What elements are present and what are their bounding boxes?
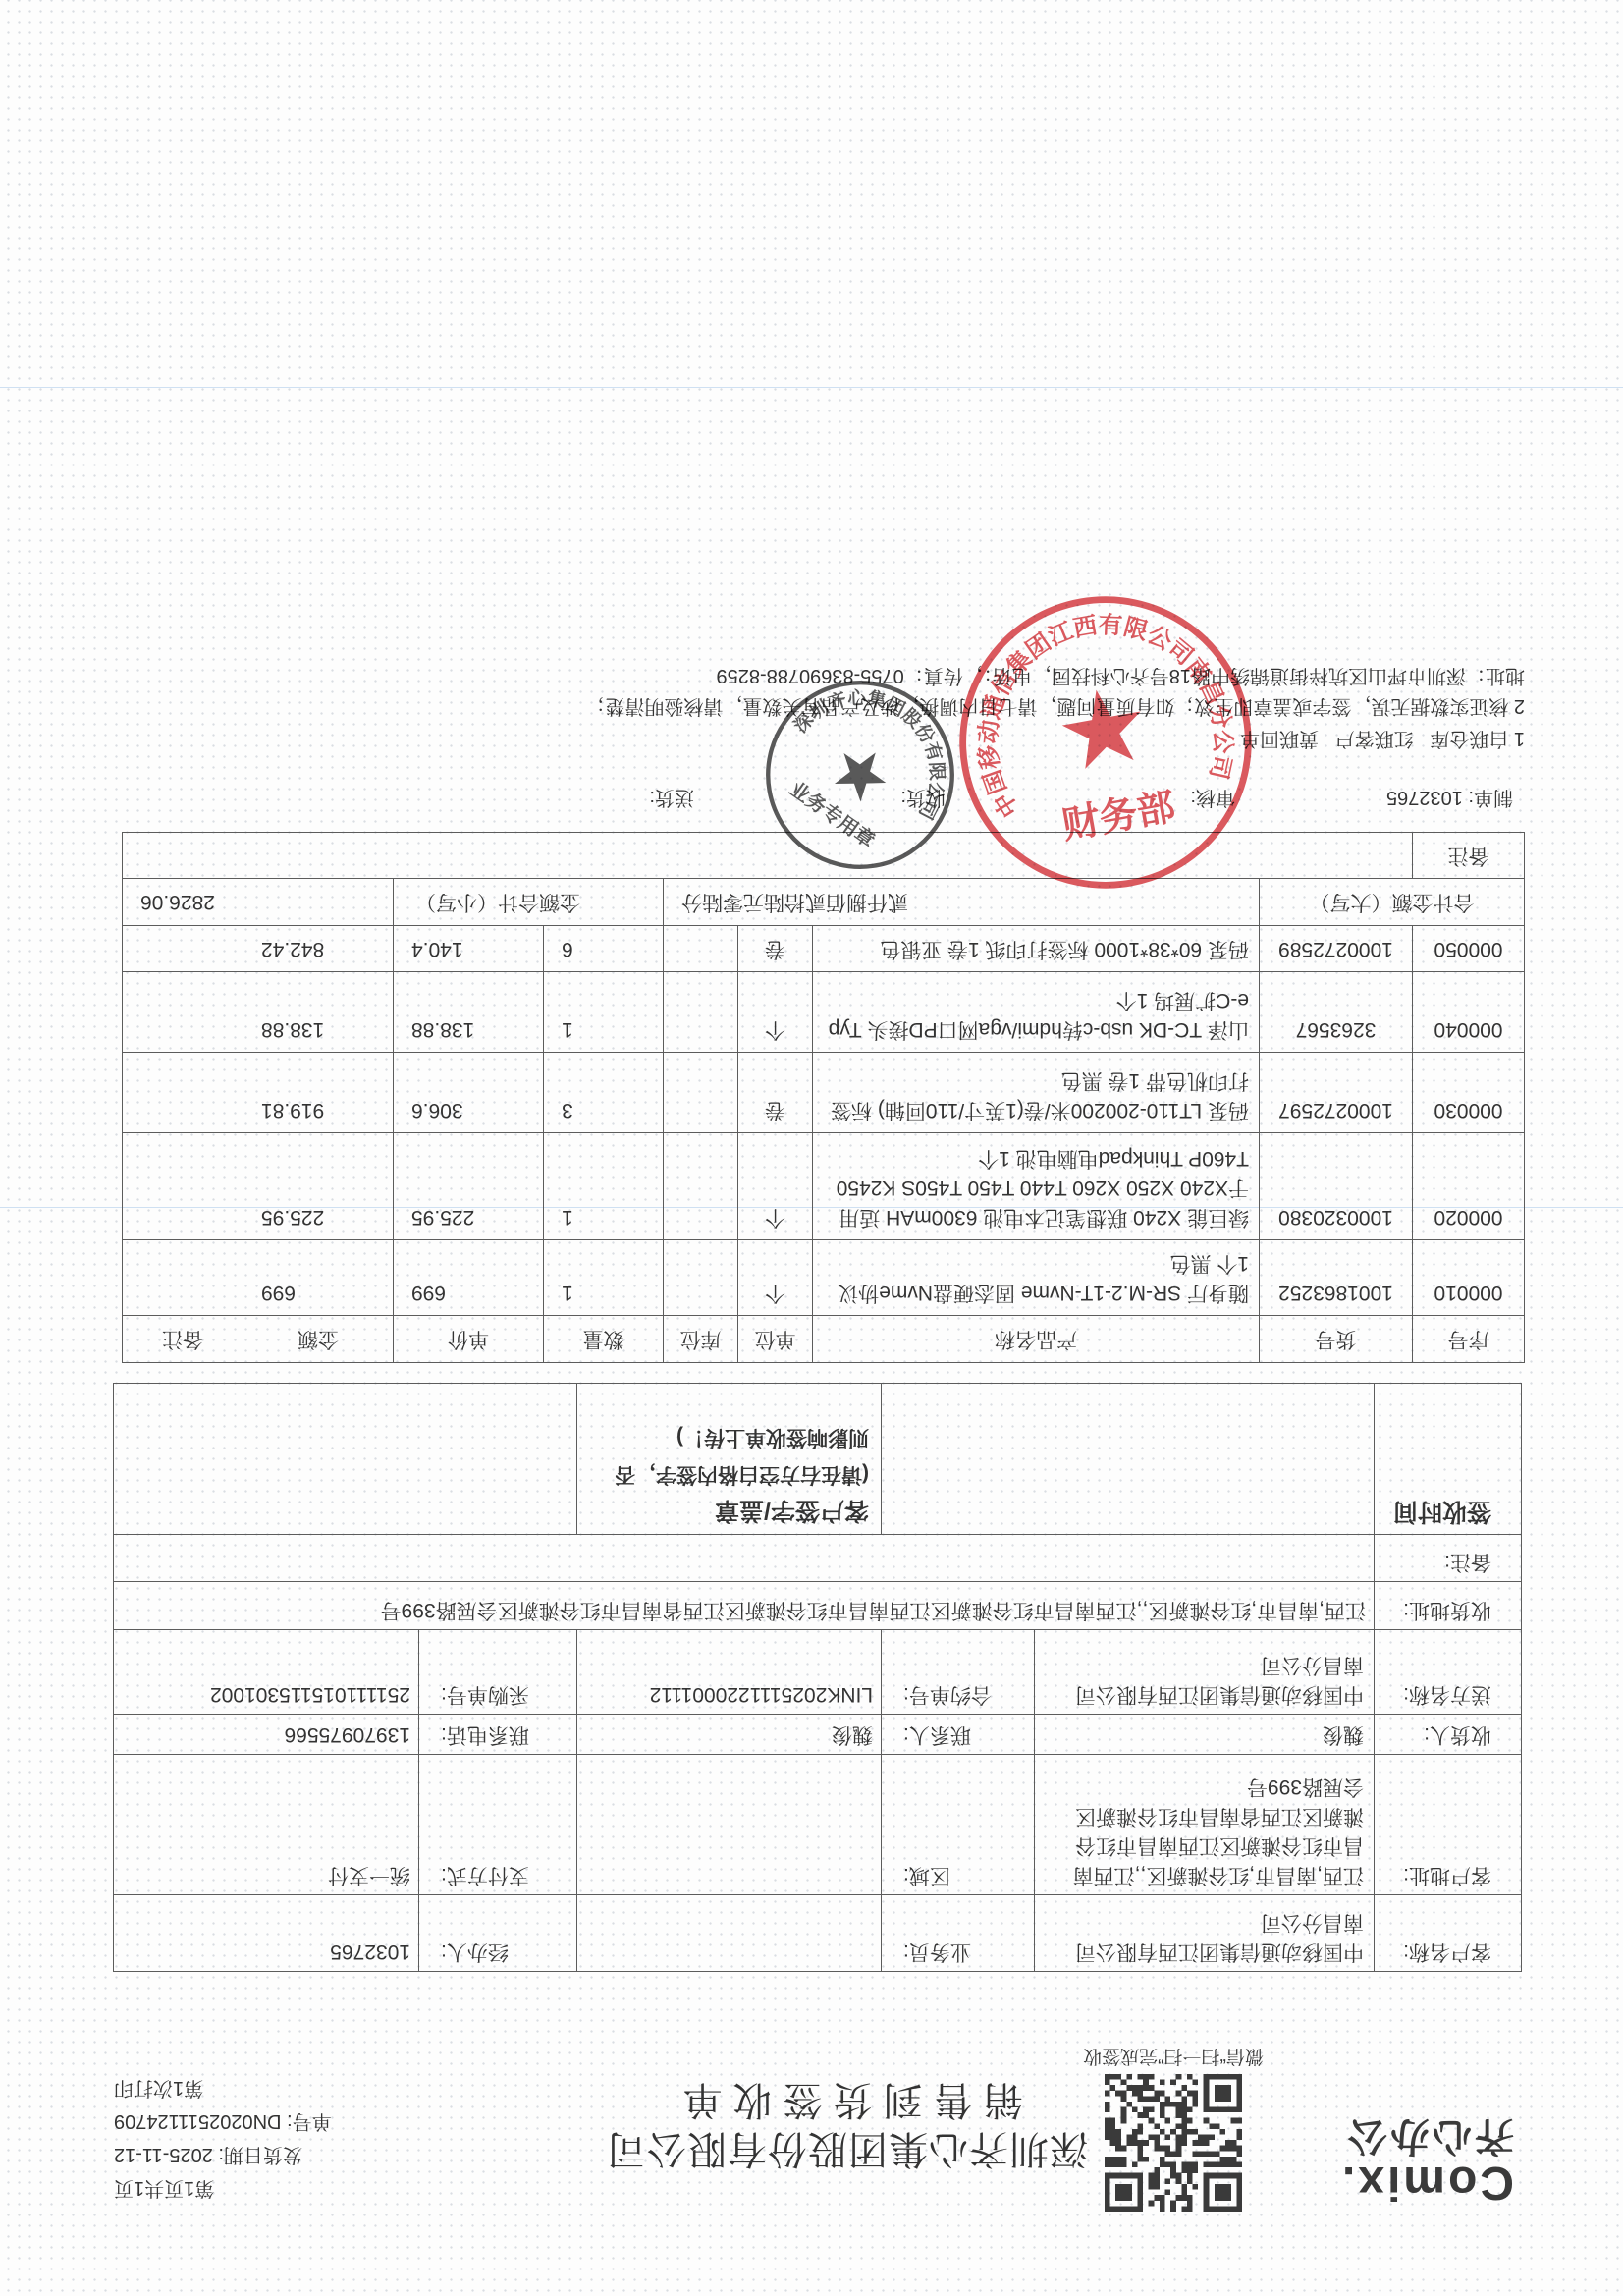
delivery-receipt-page: Comix. 齐心办公 微信“扫一扫”完成签收 深圳齐心集团股份有限公司 销售到… [0, 0, 1623, 2296]
items-remark-label: 备注 [1413, 833, 1525, 879]
items-header-row: 序号 货号 产品名称 单位 库位 数量 单价 金额 备注 [123, 1316, 1525, 1363]
item-unit: 个 [738, 1133, 813, 1240]
col-header-qty: 数量 [544, 1316, 664, 1363]
item-seq: 000050 [1413, 926, 1525, 972]
ship-date-value: 2025-11-12 [114, 2144, 213, 2165]
signature-instructions: 客户签字/盖章 (请在右方空白格内签字，否则影响签收单上传！) [577, 1384, 882, 1535]
items-table: 序号 货号 产品名称 单位 库位 数量 单价 金额 备注 000010 1001… [122, 832, 1525, 1363]
customer-remark-row: 备注: [114, 1535, 1522, 1582]
item-unit: 个 [738, 1240, 813, 1316]
po-number-value: 251111015115301002 [114, 1630, 419, 1715]
item-price: 140.4 [394, 926, 544, 972]
item-name: 码泵 LT110-200200米/卷(1英寸/110回轴) 标签打印机色带 1卷… [813, 1053, 1260, 1133]
copy-distribution-note: 1 白联仓库 红联客户 黄联回单 [1240, 726, 1525, 751]
item-unit: 卷 [738, 1053, 813, 1133]
sign-row: 签收时间 客户签字/盖章 (请在右方空白格内签字，否则影响签收单上传！) [114, 1384, 1522, 1535]
stamp-department: 财务部 [1058, 785, 1179, 848]
item-unit: 卷 [738, 926, 813, 972]
item-amount: 138.88 [243, 972, 394, 1053]
signature-box[interactable] [114, 1384, 577, 1535]
customer-address-value: 江西,南昌市,红谷滩新区,,江西南昌市红谷滩新区江西南昌市红谷滩新区江西省南昌市… [1035, 1755, 1375, 1895]
total-upper-label: 合计金额（大写） [1260, 879, 1525, 926]
item-price: 306.6 [394, 1053, 544, 1133]
item-sku: 1000272597 [1260, 1053, 1413, 1133]
col-header-price: 单价 [394, 1316, 544, 1363]
item-qty: 6 [544, 926, 664, 972]
item-qty: 1 [544, 1240, 664, 1316]
item-amount: 842.42 [243, 926, 394, 972]
item-amount: 225.95 [243, 1133, 394, 1240]
item-remark [123, 926, 243, 972]
item-row: 000010 1001863252 随身厅 SR-M.2-1T-Nvme 固态硬… [123, 1240, 1525, 1316]
item-remark [123, 1133, 243, 1240]
receiver-label: 收货人: [1375, 1715, 1522, 1755]
handler-label: 经办人: [419, 1895, 577, 1972]
order-number: 单号: DN0202511124709 [114, 2105, 458, 2138]
maker-label: 制单: [1468, 787, 1513, 808]
receiver-value: 魏俊 [1035, 1715, 1375, 1755]
item-seq: 000040 [1413, 972, 1525, 1053]
comix-logo: Comix. 齐心办公 [1327, 2113, 1514, 2206]
scan-artifact-line [0, 387, 1623, 388]
item-sku: 1000272589 [1260, 926, 1413, 972]
item-sku: 3263567 [1260, 972, 1413, 1053]
col-header-amount: 金额 [243, 1316, 394, 1363]
item-seq: 000030 [1413, 1053, 1525, 1133]
customer-address-label: 客户地址: [1375, 1755, 1522, 1895]
deliverer-label: 送货: [649, 785, 694, 810]
receiver-row: 收货人: 魏俊 联系人: 魏俊 联系电话: 13970975566 [114, 1715, 1522, 1755]
item-remark [123, 1053, 243, 1133]
signature-title: 客户签字/盖章 [600, 1493, 869, 1528]
customer-name-row: 客户名称: 中国移动通信集团江西有限公司南昌分公司 业务员: 经办人: 1032… [114, 1895, 1522, 1972]
col-header-location: 库位 [664, 1316, 738, 1363]
contract-number-label: 合约单号: [882, 1630, 1035, 1715]
document-title: 销售到货签收单 [606, 2078, 1089, 2121]
item-name: 绿巨能 X240 联想笔记本电池 6300mAH 适用于X240 X250 X2… [813, 1133, 1260, 1240]
payment-method-label: 支付方式: [419, 1755, 577, 1895]
item-location [664, 926, 738, 972]
logo-chinese: 齐心办公 [1327, 2113, 1514, 2159]
item-qty: 1 [544, 972, 664, 1053]
customer-address-row: 客户地址: 江西,南昌市,红谷滩新区,,江西南昌市红谷滩新区江西南昌市红谷滩新区… [114, 1755, 1522, 1895]
total-lower-value: 2826.06 [123, 879, 394, 926]
item-row: 000050 1000272589 码泵 60*38*1000 标签打印纸 1卷… [123, 926, 1525, 972]
item-location [664, 1133, 738, 1240]
maker: 制单: 1032765 [1386, 785, 1513, 810]
item-name: 码泵 60*38*1000 标签打印纸 1卷 亚银色 [813, 926, 1260, 972]
star-icon [827, 738, 896, 807]
item-price: 699 [394, 1240, 544, 1316]
item-name: 随身厅 SR-M.2-1T-Nvme 固态硬盘Nvme协议 1个 黑色 [813, 1240, 1260, 1316]
stamp-purpose: 业务专用章 [785, 777, 880, 852]
salesperson-label: 业务员: [882, 1895, 1035, 1972]
print-count: 第1次打印 [114, 2071, 458, 2105]
item-remark [123, 972, 243, 1053]
ship-date-label: 发货日期: [218, 2144, 302, 2165]
item-location [664, 972, 738, 1053]
qr-caption: 微信“扫一扫”完成签收 [1063, 2041, 1283, 2070]
item-remark [123, 1240, 243, 1316]
sign-time-label: 签收时间 [1375, 1384, 1522, 1535]
total-lower-label: 金额合计（小写） [394, 879, 664, 926]
item-sku: 1000320380 [1260, 1133, 1413, 1240]
delivery-address-value: 江西,南昌市,红谷滩新区,,江西南昌市红谷滩新区江西南昌市红谷滩新区江西省南昌市… [114, 1582, 1375, 1630]
region-value [577, 1755, 882, 1895]
col-header-sku: 货号 [1260, 1316, 1413, 1363]
item-seq: 000010 [1413, 1240, 1525, 1316]
phone-label: 联系电话: [419, 1715, 577, 1755]
order-number-label: 单号: [287, 2110, 332, 2132]
customer-remark-label: 备注: [1375, 1535, 1522, 1582]
logo-wordmark: Comix. [1327, 2159, 1514, 2206]
item-qty: 3 [544, 1053, 664, 1133]
region-label: 区域: [882, 1755, 1035, 1895]
sender-value: 中国移动通信集团江西有限公司南昌分公司 [1035, 1630, 1375, 1715]
po-number-label: 采购单号: [419, 1630, 577, 1715]
item-seq: 000020 [1413, 1133, 1525, 1240]
page-info: 第1页共1页 [114, 2171, 458, 2205]
star-icon [1057, 683, 1149, 772]
item-price: 225.95 [394, 1133, 544, 1240]
col-header-remark: 备注 [123, 1316, 243, 1363]
delivery-address-row: 收货地址: 江西,南昌市,红谷滩新区,,江西南昌市红谷滩新区江西南昌市红谷滩新区… [114, 1582, 1522, 1630]
salesperson-value [577, 1895, 882, 1972]
sender-row: 送方名称: 中国移动通信集团江西有限公司南昌分公司 合约单号: LINK2025… [114, 1630, 1522, 1715]
customer-name-value: 中国移动通信集团江西有限公司南昌分公司 [1035, 1895, 1375, 1972]
delivery-address-label: 收货地址: [1375, 1582, 1522, 1630]
qr-code-icon [1105, 2074, 1242, 2212]
totals-row: 合计金额（大写） 贰仟捌佰贰拾陆元零陆分 金额合计（小写） 2826.06 [123, 879, 1525, 926]
item-name: 山泽 TC-DK usb-c转hdmi/vga网口PD接头 Type-C扩展坞 … [813, 972, 1260, 1053]
item-row: 000030 1000272597 码泵 LT110-200200米/卷(1英寸… [123, 1053, 1525, 1133]
signature-note: (请在右方空白格内签字，否则影响签收单上传！) [600, 1418, 869, 1493]
item-location [664, 1240, 738, 1316]
col-header-unit: 单位 [738, 1316, 813, 1363]
sign-time-field[interactable] [882, 1384, 1375, 1535]
col-header-name: 产品名称 [813, 1316, 1260, 1363]
item-location [664, 1053, 738, 1133]
item-price: 138.88 [394, 972, 544, 1053]
item-row: 000020 1000320380 绿巨能 X240 联想笔记本电池 6300m… [123, 1133, 1525, 1240]
handler-value: 1032765 [114, 1895, 419, 1972]
item-sku: 1001863252 [1260, 1240, 1413, 1316]
document-meta: 第1页共1页 发货日期: 2025-11-12 单号: DN0202511124… [114, 2071, 458, 2205]
maker-value: 1032765 [1386, 787, 1463, 808]
sender-label: 送方名称: [1375, 1630, 1522, 1715]
payment-method-value: 统一支付 [114, 1755, 419, 1895]
contract-number-value: LINK2025111220001112 [577, 1630, 882, 1715]
item-amount: 919.81 [243, 1053, 394, 1133]
customer-remark-value [114, 1535, 1375, 1582]
contact-value: 魏俊 [577, 1715, 882, 1755]
customer-info-table: 客户名称: 中国移动通信集团江西有限公司南昌分公司 业务员: 经办人: 1032… [113, 1383, 1522, 1972]
item-row: 000040 3263567 山泽 TC-DK usb-c转hdmi/vga网口… [123, 972, 1525, 1053]
phone-value: 13970975566 [114, 1715, 419, 1755]
item-amount: 699 [243, 1240, 394, 1316]
col-header-seq: 序号 [1413, 1316, 1525, 1363]
company-title: 深圳齐心集团股份有限公司 [606, 2127, 1089, 2170]
contact-label: 联系人: [882, 1715, 1035, 1755]
order-number-value: DN0202511124709 [114, 2110, 282, 2132]
item-qty: 1 [544, 1133, 664, 1240]
item-unit: 个 [738, 972, 813, 1053]
ship-date: 发货日期: 2025-11-12 [114, 2138, 458, 2171]
customer-name-label: 客户名称: [1375, 1895, 1522, 1972]
